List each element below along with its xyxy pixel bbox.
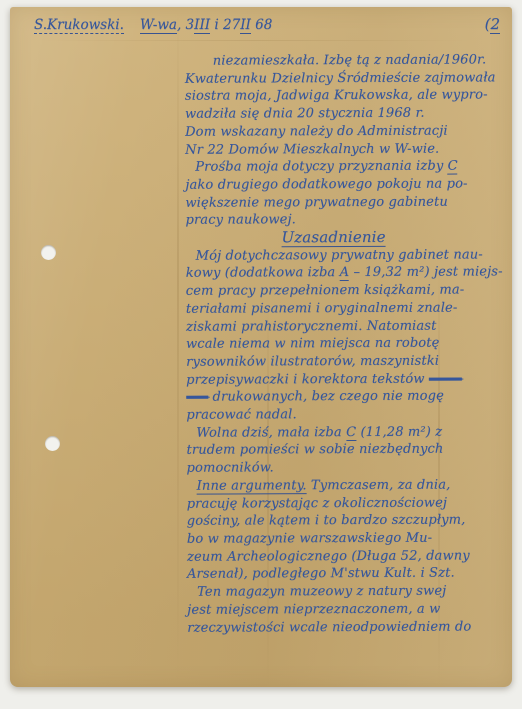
text-segment: II xyxy=(240,17,251,34)
handwritten-line: trudem pomieści w sobie niezbędnych xyxy=(186,441,512,460)
text-segment: cem pracy przepełnionem książkami, ma- xyxy=(186,283,465,299)
text-segment: Inne argumenty. xyxy=(197,478,307,494)
handwritten-line: —— drukowanych, bez czego nie mogę xyxy=(186,388,512,407)
handwritten-line: teriałami pisanemi i oryginalnemi znale- xyxy=(186,299,512,318)
handwritten-line: pracy naukowej. xyxy=(185,211,511,230)
handwritten-line: kowy (dodatkowa izba A – 19,32 m²) jest … xyxy=(186,264,512,283)
handwritten-line: bo w magazynie warszawskiego Mu- xyxy=(187,529,513,548)
handwritten-line: pracować nadal. xyxy=(186,405,512,424)
text-segment: Nr 22 Domów Mieszkalnych w W-wie. xyxy=(185,141,439,157)
handwritten-line: Mój dotychczasowy prywatny gabinet nau- xyxy=(186,246,512,265)
handwritten-text-body: niezamieszkała. Izbę tą z nadania/1960r.… xyxy=(185,51,514,637)
handwritten-line: Prośba moja dotyczy przyznania izby C xyxy=(185,158,511,177)
scan-background: { "colors": { "paper": "#cbad73", "ink":… xyxy=(0,0,522,709)
text-segment: gościny, ale kątem i to bardzo szczupłym… xyxy=(187,513,466,529)
text-segment: zeum Archeologicznego (Długa 52, dawny xyxy=(187,548,470,564)
handwritten-line: jako drugiego dodatkowego pokoju na po- xyxy=(185,175,511,194)
handwritten-line: wadziła się dnia 20 stycznia 1968 r. xyxy=(185,104,511,123)
scribbled-out-text: ——— xyxy=(429,371,462,386)
place-date: W-wa, 3III i 27II 68 xyxy=(140,17,272,33)
text-segment: Dom wskazany należy do Administracji xyxy=(185,123,448,139)
text-segment: Uzasadnienie xyxy=(281,228,385,247)
handwritten-line: gościny, ale kątem i to bardzo szczupłym… xyxy=(187,512,513,531)
text-segment: Arsenał), podległego M'stwu Kult. i Szt. xyxy=(187,566,455,582)
text-segment: Wolna dziś, mała izba xyxy=(196,425,346,441)
document-page: S.Krukowski. W-wa, 3III i 27II 68 (2 nie… xyxy=(10,7,512,687)
handwritten-line: siostra moja, Jadwiga Krukowska, ale wyp… xyxy=(185,87,511,106)
handwritten-line: Inne argumenty. Tymczasem, za dnia, xyxy=(187,476,513,495)
hole-punch-top xyxy=(41,245,56,260)
text-segment: pracuję korzystając z okolicznościowej xyxy=(187,495,447,511)
text-segment: – 19,32 m²) jest miejs- xyxy=(349,265,503,281)
text-segment: kowy (dodatkowa izba xyxy=(186,265,340,281)
text-segment: Ten magazyn muzeowy z natury swej xyxy=(197,584,446,600)
text-segment: teriałami pisanemi i oryginalnemi znale- xyxy=(186,300,458,316)
text-segment: ziskami prahistorycznemi. Natomiast xyxy=(186,318,437,334)
text-segment: wcale niema w nim miejsca na robotę xyxy=(186,336,440,352)
text-segment: większenie mego prywatnego gabinetu xyxy=(185,194,448,210)
handwritten-line: wcale niema w nim miejsca na robotę xyxy=(186,335,512,354)
handwritten-line: Kwaterunku Dzielnicy Śródmieście zajmowa… xyxy=(185,69,511,88)
handwritten-line: cem pracy przepełnionem książkami, ma- xyxy=(186,281,512,300)
text-segment: III xyxy=(194,17,210,34)
text-segment: trudem pomieści w sobie niezbędnych xyxy=(186,442,443,458)
text-segment: Kwaterunku Dzielnicy Śródmieście zajmowa… xyxy=(185,70,496,86)
text-segment: , 3 xyxy=(177,17,194,33)
handwritten-line: pracuję korzystając z okolicznościowej xyxy=(187,494,513,513)
text-segment: drukowanych, bez czego nie mogę xyxy=(208,389,444,405)
text-segment: 68 xyxy=(251,17,272,33)
text-segment: 2 xyxy=(490,15,500,34)
text-segment: C xyxy=(448,159,458,175)
handwritten-line: przepisywaczki i korektora tekstów ——— xyxy=(186,370,512,389)
text-segment: pracować nadal. xyxy=(186,407,296,422)
handwritten-line: zeum Archeologicznego (Długa 52, dawny xyxy=(187,547,513,566)
author-signature: S.Krukowski. xyxy=(34,17,124,33)
handwritten-line: większenie mego prywatnego gabinetu xyxy=(185,193,511,212)
handwritten-line: Wolna dziś, mała izba C (11,28 m²) z xyxy=(186,423,512,442)
page-number: (2 xyxy=(485,15,500,33)
text-segment: Mój dotychczasowy prywatny gabinet nau- xyxy=(196,247,483,263)
handwritten-line: Arsenał), podległego M'stwu Kult. i Szt. xyxy=(187,565,513,584)
text-segment: Prośba moja dotyczy przyznania izby xyxy=(195,159,447,175)
text-segment: przepisywaczki i korektora tekstów xyxy=(186,371,429,387)
document-header: S.Krukowski. W-wa, 3III i 27II 68 xyxy=(34,17,272,33)
text-segment: (11,28 m²) z xyxy=(356,424,442,439)
text-segment: siostra moja, Jadwiga Krukowska, ale wyp… xyxy=(185,88,488,104)
handwritten-line: Nr 22 Domów Mieszkalnych w W-wie. xyxy=(185,140,511,159)
text-segment: bo w magazynie warszawskiego Mu- xyxy=(187,531,432,547)
text-segment: rysowników ilustratorów, maszynistki xyxy=(186,354,439,370)
handwritten-line: rzeczywistości wcale nieodpowiedniem do xyxy=(187,618,513,637)
handwritten-line: rysowników ilustratorów, maszynistki xyxy=(186,352,512,371)
handwritten-line: Ten magazyn muzeowy z natury swej xyxy=(187,582,513,601)
text-segment: rzeczywistości wcale nieodpowiedniem do xyxy=(187,619,471,635)
text-segment: Tymczasem, za dnia, xyxy=(307,477,451,493)
text-segment: pracy naukowej. xyxy=(185,213,296,228)
handwritten-line: Dom wskazany należy do Administracji xyxy=(185,122,511,141)
text-segment: jako drugiego dodatkowego pokoju na po- xyxy=(185,176,467,192)
text-segment: pomocników. xyxy=(187,461,274,476)
section-heading: Uzasadnienie xyxy=(185,228,511,247)
hole-punch-bottom xyxy=(45,436,60,451)
text-segment: i 27 xyxy=(210,17,240,33)
handwritten-line: niezamieszkała. Izbę tą z nadania/1960r. xyxy=(185,51,511,70)
handwritten-line: ziskami prahistorycznemi. Natomiast xyxy=(186,317,512,336)
scribbled-out-text: —— xyxy=(186,390,208,405)
handwritten-line: pomocników. xyxy=(187,458,513,477)
text-segment: niezamieszkała. Izbę tą z nadania/1960r. xyxy=(213,52,487,68)
text-segment: jest miejscem nieprzeznaczonem, a w xyxy=(187,601,440,617)
handwritten-line: jest miejscem nieprzeznaczonem, a w xyxy=(187,600,513,619)
paper-crease xyxy=(40,40,470,41)
text-segment: W-wa xyxy=(140,17,177,34)
text-segment: S.Krukowski. xyxy=(34,17,124,34)
text-segment: wadziła się dnia 20 stycznia 1968 r. xyxy=(185,106,425,122)
text-segment: C xyxy=(346,425,356,441)
paper-crease xyxy=(177,7,179,687)
